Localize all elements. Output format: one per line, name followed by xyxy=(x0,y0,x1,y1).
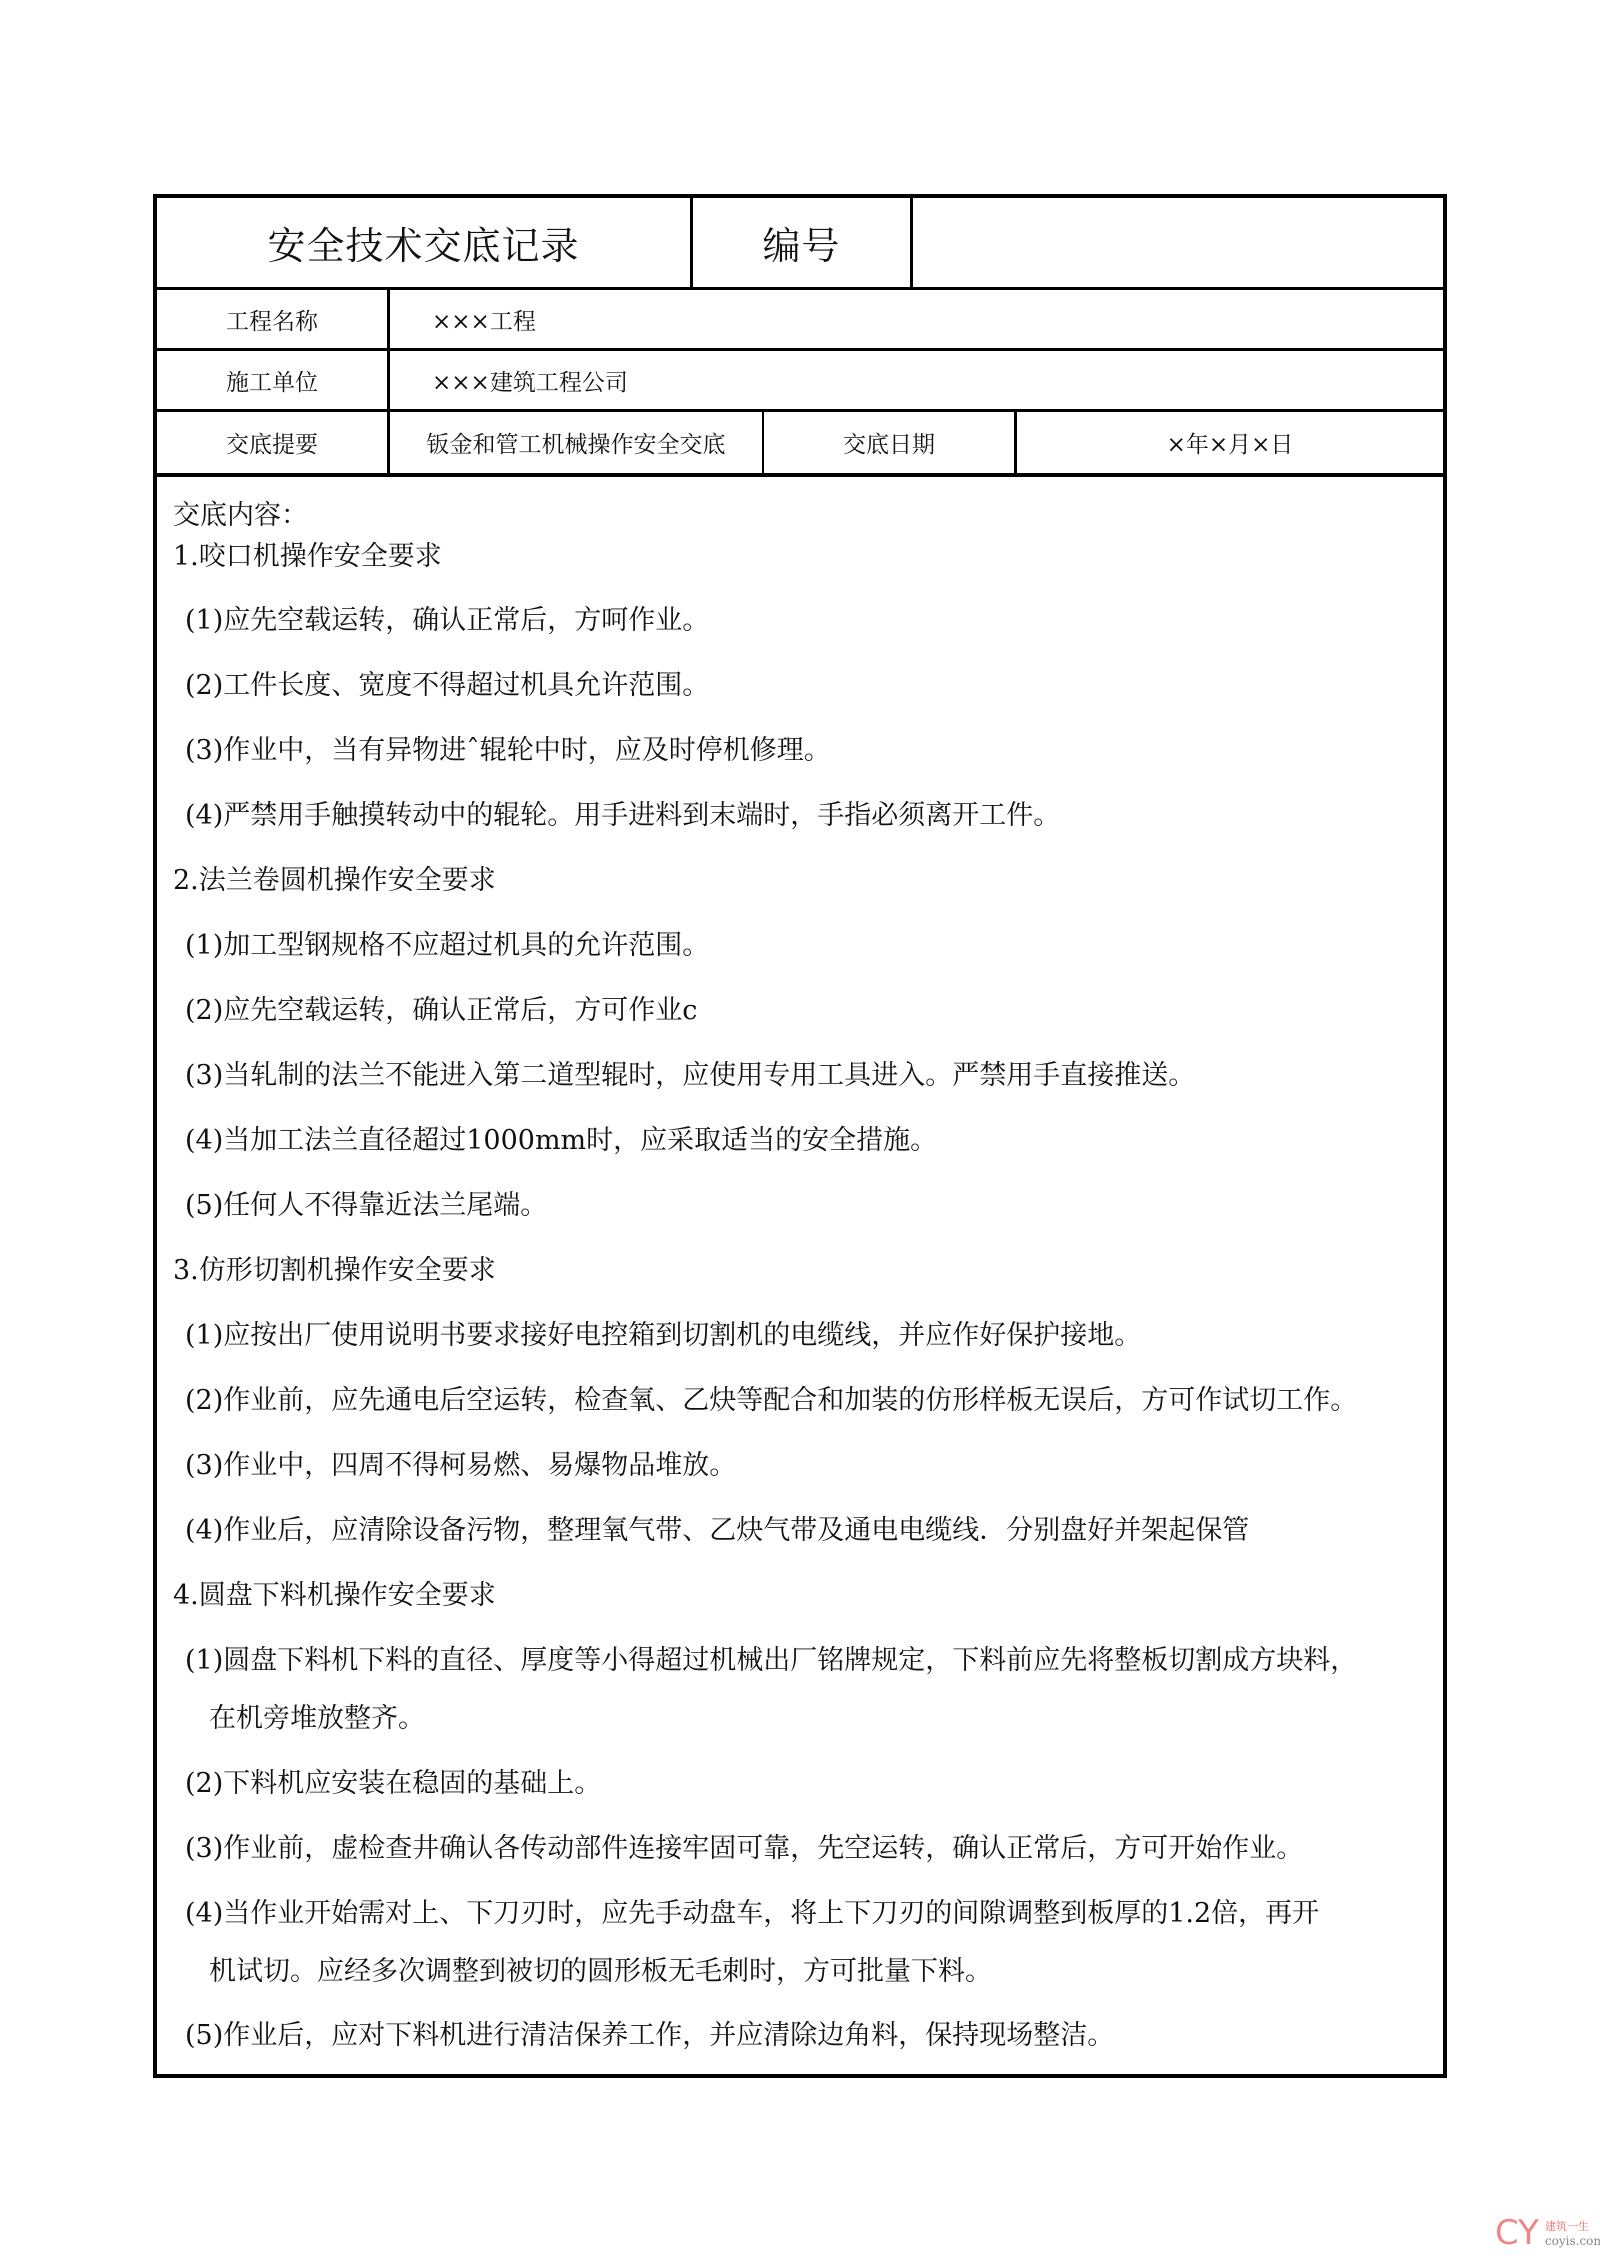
list-item: (1)加工型钢规格不应超过机具的允许范围。 xyxy=(185,928,709,964)
list-item: (5)作业后，应对下料机进行清洁保养工作，并应清除边角料，保持现场整洁。 xyxy=(185,2018,1114,2054)
number-label-cell: 编号 xyxy=(693,198,910,287)
summary-row: 交底提要 钣金和管工机械操作安全交底 交底日期 ×年×月×日 xyxy=(157,412,1443,477)
summary-value: 钣金和管工机械操作安全交底 xyxy=(427,426,726,459)
summary-label-cell: 交底提要 xyxy=(157,412,387,473)
number-value-cell[interactable] xyxy=(913,198,1443,287)
project-name-value-cell: ×××工程 xyxy=(390,290,1443,348)
section-heading: 1.咬口机操作安全要求 xyxy=(173,539,442,575)
section-heading: 3.仿形切割机操作安全要求 xyxy=(173,1253,496,1289)
list-item: (2)作业前，应先通电后空运转，检查氧、乙炔等配合和加装的仿形样板无误后，方可作… xyxy=(185,1383,1357,1419)
list-item: (3)当轧制的法兰不能进入第二道型辊时，应使用专用工具进入。严禁用手直接推送。 xyxy=(185,1058,1195,1094)
date-label-cell: 交底日期 xyxy=(764,412,1014,473)
list-item: (4)严禁用手触摸转动中的辊轮。用手进料到末端时，手指必须离开工件。 xyxy=(185,798,1060,834)
list-item: (3)作业中，四周不得柯易燃、易爆物品堆放。 xyxy=(185,1448,736,1484)
list-item: (2)下料机应安装在稳固的基础上。 xyxy=(185,1766,601,1802)
project-name-label-cell: 工程名称 xyxy=(157,290,387,348)
summary-value-cell: 钣金和管工机械操作安全交底 xyxy=(390,412,762,473)
date-value-cell: ×年×月×日 xyxy=(1017,412,1443,473)
title-row: 安全技术交底记录 编号 xyxy=(157,198,1443,290)
document-title: 安全技术交底记录 xyxy=(267,215,579,270)
list-item-continuation: 在机旁堆放整齐。 xyxy=(209,1701,425,1737)
list-item: (2)工件长度、宽度不得超过机具允许范围。 xyxy=(185,668,709,704)
contractor-value: ×××建筑工程公司 xyxy=(432,364,628,397)
list-item: (2)应先空载运转，确认正常后，方可作业c xyxy=(185,993,697,1029)
project-name-row: 工程名称 ×××工程 xyxy=(157,290,1443,351)
watermark: CY 建筑一生 coyis.com xyxy=(1495,2218,1600,2248)
project-name-label: 工程名称 xyxy=(226,303,318,336)
list-item-continuation: 机试切。应经多次调整到被切的圆形板无毛刺时，方可批量下料。 xyxy=(209,1954,992,1990)
list-item: (1)应先空载运转，确认正常后，方呵作业。 xyxy=(185,603,709,639)
safety-briefing-table: 安全技术交底记录 编号 工程名称 ×××工程 施工单位 ×××建筑工程公司 xyxy=(153,194,1447,2078)
list-item: (1)圆盘下料机下料的直径、厚度等小得超过机械出厂铭牌规定，下料前应先将整板切割… xyxy=(185,1643,1357,1679)
contractor-value-cell: ×××建筑工程公司 xyxy=(390,351,1443,409)
briefing-content: 交底内容： 1.咬口机操作安全要求(1)应先空载运转，确认正常后，方呵作业。(2… xyxy=(157,477,1443,2074)
watermark-cn: 建筑一生 xyxy=(1545,2220,1600,2234)
watermark-en: coyis.com xyxy=(1545,2234,1600,2248)
section-heading: 2.法兰卷圆机操作安全要求 xyxy=(173,863,496,899)
title-cell: 安全技术交底记录 xyxy=(157,198,690,287)
project-name-value: ×××工程 xyxy=(432,303,536,336)
content-label: 交底内容： xyxy=(173,498,308,534)
section-heading: 4.圆盘下料机操作安全要求 xyxy=(173,1578,496,1614)
list-item: (4)当作业开始需对上、下刀刃时，应先手动盘车，将上下刀刃的间隙调整到板厚的1.… xyxy=(185,1896,1319,1932)
list-item: (4)作业后，应清除设备污物，整理氧气带、乙炔气带及通电电缆线．分别盘好并架起保… xyxy=(185,1513,1249,1549)
number-label: 编号 xyxy=(762,215,840,270)
date-label: 交底日期 xyxy=(843,426,935,459)
watermark-text: 建筑一生 coyis.com xyxy=(1545,2220,1600,2248)
contractor-label-cell: 施工单位 xyxy=(157,351,387,409)
contractor-label: 施工单位 xyxy=(226,364,318,397)
date-value: ×年×月×日 xyxy=(1167,426,1294,459)
list-item: (5)任何人不得靠近法兰尾端。 xyxy=(185,1188,547,1224)
watermark-logo-icon: CY xyxy=(1495,2218,1539,2248)
contractor-row: 施工单位 ×××建筑工程公司 xyxy=(157,351,1443,412)
summary-label: 交底提要 xyxy=(226,426,318,459)
list-item: (3)作业前，虚检查井确认各传动部件连接牢固可靠，先空运转，确认正常后，方可开始… xyxy=(185,1831,1303,1867)
list-item: (1)应按出厂使用说明书要求接好电控箱到切割机的电缆线，并应作好保护接地。 xyxy=(185,1318,1141,1354)
list-item: (3)作业中，当有异物进ˆ辊轮中时，应及时停机修理。 xyxy=(185,733,831,769)
list-item: (4)当加工法兰直径超过1000mm时，应采取适当的安全措施。 xyxy=(185,1123,937,1159)
